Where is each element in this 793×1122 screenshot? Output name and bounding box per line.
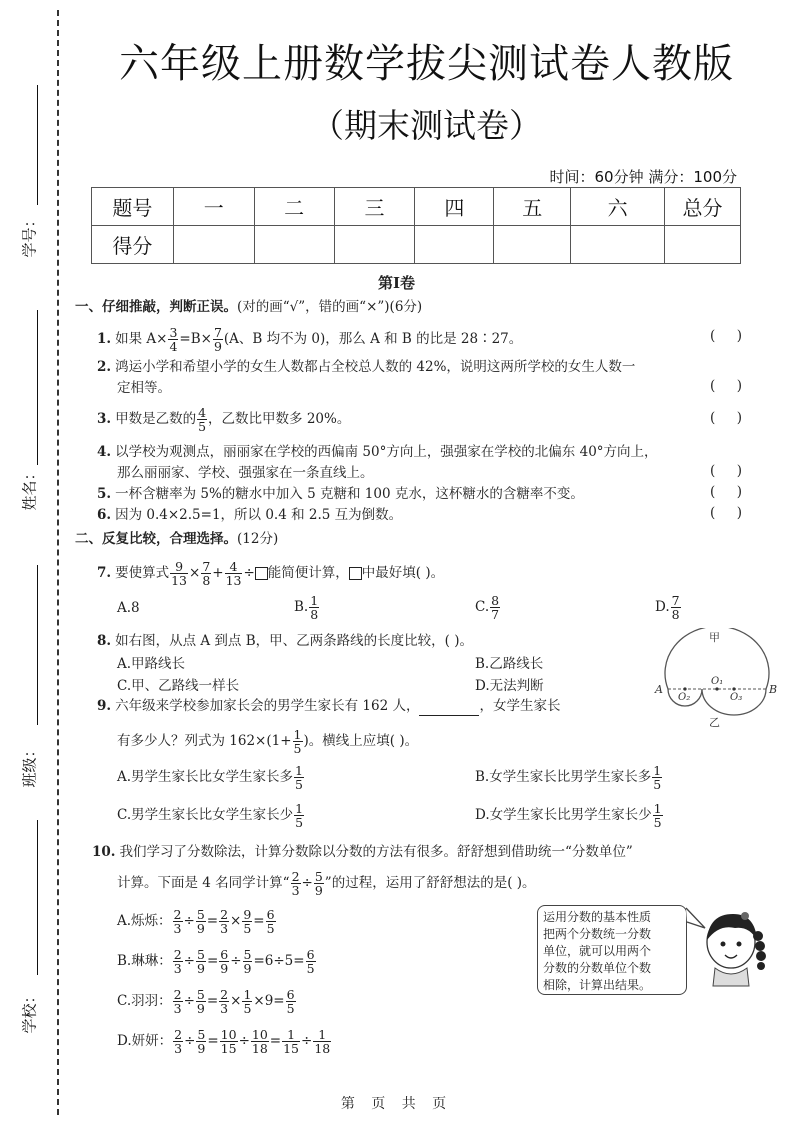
question-9-line2: 有多少人？列式为 162×(1+15)。横线上应填( )。: [117, 728, 418, 755]
table-header-cell: 一: [173, 188, 254, 226]
table-row: 得分: [92, 226, 741, 264]
fraction: 34: [168, 326, 178, 353]
blank-box: [255, 567, 268, 580]
school-line[interactable]: [37, 820, 38, 975]
option-b[interactable]: B.琳琳：23÷59=69÷59=6÷5=65: [117, 948, 317, 975]
question-7: 7.要使算式913×78+413÷能简便计算，中最好填( )。: [97, 560, 444, 587]
question-number: 3.: [97, 411, 111, 427]
question-text: 如右图，从点 A 到点 B，甲、乙两条路线的长度比较，( )。: [115, 633, 473, 649]
answer-paren[interactable]: ( ): [710, 505, 742, 521]
fraction: 413: [225, 560, 243, 587]
score-table: 题号 一 二 三 四 五 六 总分 得分: [91, 187, 741, 264]
question-number: 8.: [97, 633, 111, 649]
table-header-cell: 题号: [92, 188, 174, 226]
answer-paren[interactable]: ( ): [710, 328, 742, 344]
score-cell[interactable]: [254, 226, 334, 264]
school-label: 学校：: [19, 1004, 40, 1034]
volume-label: 第Ⅰ卷: [0, 272, 793, 293]
route-diagram: 甲 乙 A B O₁ O₂ O₃: [652, 628, 782, 728]
option-b[interactable]: B.18: [294, 594, 320, 621]
question-6: 6.因为 0.4×2.5=1，所以 0.4 和 2.5 互为倒数。: [97, 505, 402, 525]
point-a-label: A: [654, 683, 663, 696]
question-8: 8.如右图，从点 A 到点 B，甲、乙两条路线的长度比较，( )。: [97, 631, 473, 651]
score-cell[interactable]: [571, 226, 665, 264]
section1-heading: 一、仔细推敲，判断正误。: [75, 299, 237, 315]
question-3: 3.甲数是乙数的45，乙数比甲数多 20%。: [97, 406, 350, 433]
question-number: 6.: [97, 507, 111, 523]
option-c[interactable]: C.甲、乙路线一样长: [117, 674, 239, 694]
option-d[interactable]: D.无法判断: [475, 674, 544, 694]
answer-paren[interactable]: ( ): [710, 463, 742, 479]
student-id-line[interactable]: [37, 85, 38, 205]
option-d[interactable]: D.78: [655, 594, 682, 621]
option-c[interactable]: C.羽羽：23÷59=23×15×9=65: [117, 988, 297, 1015]
fraction: 45: [197, 406, 207, 433]
section1-title: 一、仔细推敲，判断正误。(对的画“√”，错的画“×”)(6分): [75, 295, 422, 315]
option-d[interactable]: D.妍妍：23÷59=1015÷1018=115÷118: [117, 1028, 332, 1055]
option-a[interactable]: A.男学生家长比女学生家长多15: [117, 764, 305, 791]
blank-box: [349, 567, 362, 580]
question-text: 甲数是乙数的: [115, 411, 196, 427]
section2-note: (12分): [237, 531, 278, 547]
option-c[interactable]: C.87: [475, 594, 501, 621]
option-c[interactable]: C.男学生家长比女学生家长少15: [117, 802, 305, 829]
class-line[interactable]: [37, 565, 38, 725]
fraction: 79: [213, 326, 223, 353]
hint-speech-bubble: 运用分数的基本性质 把两个分数统一分数 单位，就可以用两个 分数的分数单位个数 …: [537, 905, 687, 995]
table-header-row: 题号 一 二 三 四 五 六 总分: [92, 188, 741, 226]
question-9: 9.六年级来学校参加家长会的男学生家长有 162 人，，女学生家长: [97, 696, 560, 716]
score-row-label: 得分: [92, 226, 174, 264]
section1-note: (对的画“√”，错的画“×”)(6分): [237, 299, 422, 315]
table-header-cell: 六: [571, 188, 665, 226]
question-10-line2: 计算。下面是 4 名同学计算“23÷59”的过程，运用了舒舒想法的是( )。: [117, 870, 536, 897]
question-number: 7.: [97, 565, 111, 581]
question-number: 2.: [97, 359, 111, 375]
answer-blank[interactable]: [419, 701, 479, 716]
question-number: 4.: [97, 444, 111, 460]
name-label: 姓名：: [19, 481, 40, 511]
option-a[interactable]: A.烁烁：23÷59=23×95=65: [117, 908, 277, 935]
option-b[interactable]: B.乙路线长: [475, 652, 543, 672]
time-info: 时间：60分钟 满分：100分: [550, 166, 738, 187]
page-title: 六年级上册数学拔尖测试卷人教版: [60, 32, 793, 89]
question-2: 2.鸿运小学和希望小学的女生人数都占全校总人数的 42%，说明这两所学校的女生人…: [97, 357, 635, 377]
section2-title: 二、反复比较，合理选择。(12分): [75, 527, 278, 547]
class-label: 班级：: [19, 758, 40, 788]
question-5: 5.一杯含糖率为 5%的糖水中加入 5 克糖和 100 克水，这杯糖水的含糖率不…: [97, 484, 584, 504]
answer-paren[interactable]: ( ): [710, 484, 742, 500]
option-b[interactable]: B.女学生家长比男学生家长多15: [475, 764, 663, 791]
question-text: 我们学习了分数除法，计算分数除以分数的方法有很多。舒舒想到借助统一“分数单位”: [120, 844, 633, 860]
point-b-label: B: [768, 683, 777, 696]
score-cell[interactable]: [415, 226, 494, 264]
girl-illustration-icon: [683, 900, 783, 990]
question-2-line2: 定相等。: [117, 378, 171, 398]
fraction: 15: [293, 728, 303, 755]
question-4: 4.以学校为观测点，丽丽家在学校的西偏南 50°方向上，强强家在学校的北偏东 4…: [97, 442, 658, 462]
route-yi-label: 乙: [709, 716, 720, 728]
o1-label: O₁: [711, 676, 723, 687]
question-text: 如果 A×: [115, 331, 167, 347]
question-text: 要使算式: [115, 565, 169, 581]
table-header-cell: 总分: [665, 188, 741, 226]
page-subtitle: （期末测试卷）: [60, 100, 793, 147]
answer-paren[interactable]: ( ): [710, 378, 742, 394]
name-line[interactable]: [37, 310, 38, 465]
score-cell[interactable]: [334, 226, 415, 264]
question-text: ，乙数比甲数多 20%。: [208, 411, 350, 427]
option-d[interactable]: D.女学生家长比男学生家长少15: [475, 802, 664, 829]
question-4-line2: 那么丽丽家、学校、强强家在一条直线上。: [117, 463, 374, 483]
question-text: 一杯含糖率为 5%的糖水中加入 5 克糖和 100 克水，这杯糖水的含糖率不变。: [115, 486, 584, 502]
table-header-cell: 三: [334, 188, 415, 226]
fraction: 23: [291, 870, 301, 897]
score-cell[interactable]: [173, 226, 254, 264]
fraction: 913: [170, 560, 188, 587]
o3-label: O₃: [730, 692, 742, 703]
question-1: 1.如果 A×34=B×79(A、B 均不为 0)，那么 A 和 B 的比是 2…: [97, 326, 522, 353]
question-text: 鸿运小学和希望小学的女生人数都占全校总人数的 42%，说明这两所学校的女生人数一: [115, 359, 635, 375]
section2-heading: 二、反复比较，合理选择。: [75, 531, 237, 547]
question-number: 10.: [92, 844, 116, 860]
question-number: 1.: [97, 331, 111, 347]
option-a[interactable]: A.甲路线长: [117, 652, 185, 672]
question-number: 5.: [97, 486, 111, 502]
student-id-label: 学号：: [19, 228, 40, 258]
question-10: 10.我们学习了分数除法，计算分数除以分数的方法有很多。舒舒想到借助统一“分数单…: [92, 842, 633, 862]
table-header-cell: 四: [415, 188, 494, 226]
question-number: 9.: [97, 698, 111, 714]
question-text: 六年级来学校参加家长会的男学生家长有 162 人，: [115, 698, 419, 714]
question-text: 因为 0.4×2.5=1，所以 0.4 和 2.5 互为倒数。: [115, 507, 402, 523]
question-text: (A、B 均不为 0)，那么 A 和 B 的比是 28∶27。: [224, 331, 522, 347]
page-footer: 第 页 共 页: [0, 1093, 793, 1113]
table-header-cell: 五: [494, 188, 571, 226]
route-jia-label: 甲: [709, 631, 720, 644]
answer-paren[interactable]: ( ): [710, 410, 742, 426]
o2-label: O₂: [678, 692, 690, 703]
binding-dashed-line: [57, 10, 59, 1115]
fraction: 78: [201, 560, 211, 587]
table-header-cell: 二: [254, 188, 334, 226]
question-text: =B×: [179, 331, 212, 347]
option-a[interactable]: A.8: [117, 600, 140, 616]
score-cell[interactable]: [665, 226, 741, 264]
question-text: ，女学生家长: [479, 698, 560, 714]
fraction: 59: [314, 870, 324, 897]
score-cell[interactable]: [494, 226, 571, 264]
question-text: 以学校为观测点，丽丽家在学校的西偏南 50°方向上，强强家在学校的北偏东 40°…: [115, 444, 657, 460]
